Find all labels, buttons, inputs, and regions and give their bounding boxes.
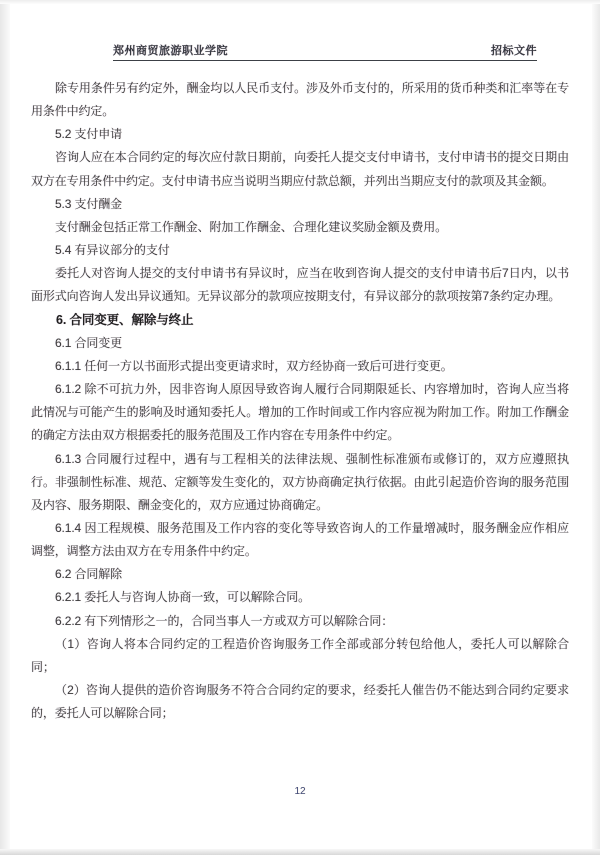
paragraph: 6.1.3 合同履行过程中，遇有与工程相关的法律法规、强制性标准颁布或修订的，双… [31, 448, 569, 517]
paragraph: （1）咨询人将本合同约定的工程造价咨询服务工作全部或部分转包给他人，委托人可以解… [31, 633, 569, 679]
scan-edge-right [592, 0, 600, 855]
header-left-title: 郑州商贸旅游职业学院 [113, 42, 228, 58]
document-body: 除专用条件另有约定外，酬金均以人民币支付。涉及外币支付的，所采用的货币种类和汇率… [31, 77, 569, 725]
paragraph: （2）咨询人提供的造价咨询服务不符合合同约定的要求，经委托人催告仍不能达到合同约… [31, 679, 569, 725]
paragraph: 6.1.2 除不可抗力外，因非咨询人原因导致咨询人履行合同期限延长、内容增加时，… [31, 378, 569, 447]
paragraph: 5.3 支付酬金 [31, 193, 569, 216]
paragraph: 支付酬金包括正常工作酬金、附加工作酬金、合理化建议奖励金额及费用。 [31, 216, 569, 239]
header-right-title: 招标文件 [491, 42, 537, 58]
section-heading: 6. 合同变更、解除与终止 [31, 309, 569, 332]
scan-edge-left [0, 0, 10, 855]
paragraph: 6.1.4 因工程规模、服务范围及工作内容的变化等导致咨询人的工作量增减时，服务… [31, 517, 569, 563]
paragraph: 6.1.1 任何一方以书面形式提出变更请求时，双方经协商一致后可进行变更。 [31, 355, 569, 378]
paragraph: 6.2.2 有下列情形之一的，合同当事人一方或双方可以解除合同： [31, 610, 569, 633]
paragraph: 咨询人应在本合同约定的每次应付款日期前，向委托人提交支付申请书，支付申请书的提交… [31, 146, 569, 192]
paragraph: 除专用条件另有约定外，酬金均以人民币支付。涉及外币支付的，所采用的货币种类和汇率… [31, 77, 569, 123]
document-page: 郑州商贸旅游职业学院 招标文件 除专用条件另有约定外，酬金均以人民币支付。涉及外… [0, 0, 600, 855]
scan-edge-top [0, 0, 600, 4]
page-footer: 12 [0, 786, 600, 797]
page-header: 郑州商贸旅游职业学院 招标文件 [113, 42, 537, 61]
paragraph: 6.1 合同变更 [31, 332, 569, 355]
paragraph: 6.2.1 委托人与咨询人协商一致，可以解除合同。 [31, 586, 569, 609]
paragraph: 6.2 合同解除 [31, 563, 569, 586]
paragraph: 委托人对咨询人提交的支付申请书有异议时，应当在收到咨询人提交的支付申请书后7日内… [31, 262, 569, 308]
scan-edge-bottom [0, 849, 600, 855]
page-number: 12 [294, 786, 305, 797]
paragraph: 5.2 支付申请 [31, 123, 569, 146]
paragraph: 5.4 有异议部分的支付 [31, 239, 569, 262]
